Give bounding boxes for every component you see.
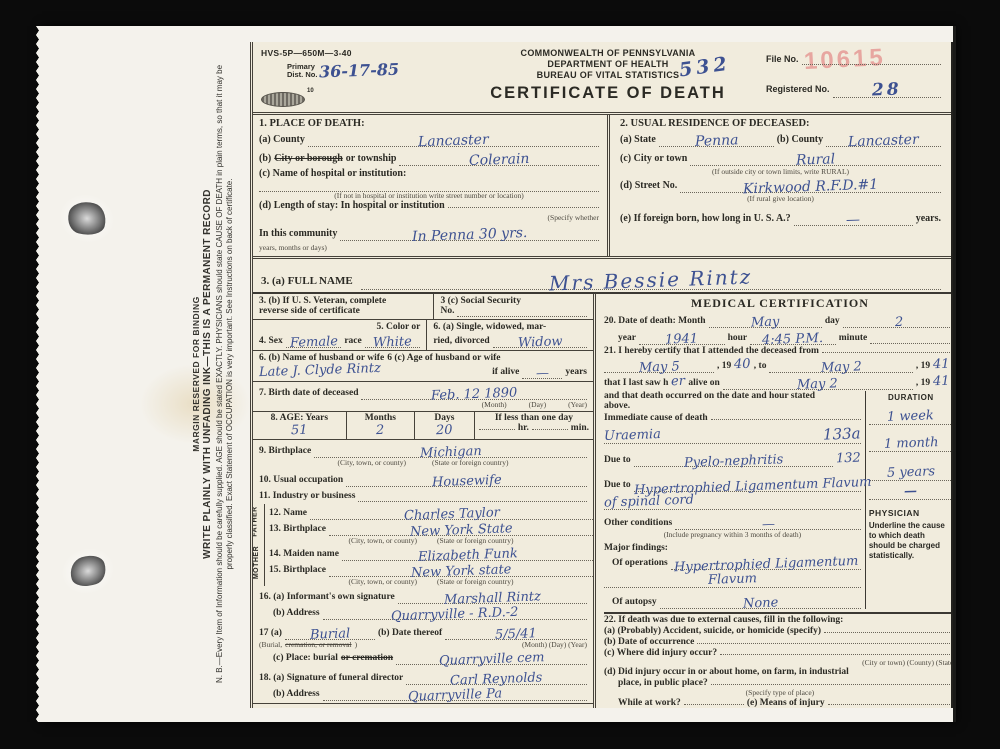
last-saw-year: 41: [933, 374, 950, 390]
while-at-work-label: While at work?: [618, 698, 681, 708]
personal-column: 3. (b) If U. S. Veteran, complete revers…: [253, 294, 596, 708]
race-value: White: [373, 334, 412, 350]
duration-2: 1 month: [883, 435, 938, 452]
county-label: (a) County: [259, 134, 305, 145]
community-value: In Penna 30 yrs.: [412, 225, 528, 245]
disposal-note-pre: (Burial,: [259, 640, 282, 649]
occupation-label: 10. Usual occupation: [259, 475, 343, 485]
ssn-label-1: 3 (c) Social Security: [440, 296, 520, 306]
county-value: Lancaster: [418, 132, 489, 150]
last-saw-value: May 2: [797, 376, 838, 392]
printed-19-a: , 19: [717, 361, 731, 371]
certificate-title: CERTIFICATE OF DEATH: [463, 84, 753, 103]
medical-column: ✓ MEDICAL CERTIFICATION 20. Date of deat…: [596, 294, 951, 708]
age-months-value: 2: [376, 423, 385, 438]
day-sub: (Day): [529, 400, 547, 409]
primary-dist-label: PrimaryDist. No.: [287, 63, 317, 80]
industry-row: 11. Industry or business: [253, 489, 593, 504]
husband-years-label: years: [565, 367, 587, 377]
due-to-2-value-line2: of spinal cord: [604, 492, 694, 510]
occupation-row: 10. Usual occupation Housewife: [253, 469, 593, 489]
above-line: above.: [604, 401, 861, 411]
veteran-label-1: 3. (b) If U. S. Veteran, complete: [259, 296, 386, 306]
city-label-pre: (b): [259, 153, 271, 164]
duration-column: DURATION 1 week 1 month 5 years — PHYSIC…: [865, 391, 951, 609]
printed-19-b: , 19: [916, 361, 930, 371]
informant-label: 16. (a) Informant's own signature: [259, 592, 395, 602]
other-conditions-label: Other conditions: [604, 518, 672, 528]
immediate-cause-label: Immediate cause of death: [604, 413, 708, 423]
funeral-address-label: (b) Address: [273, 689, 320, 699]
if-alive-label: if alive: [492, 367, 519, 377]
sex-race-marital-row: 5. Color or 4. Sex Female race White 6. …: [253, 320, 593, 351]
duration-1: 1 week: [887, 408, 934, 425]
last-saw-label: that I last saw h: [604, 378, 668, 388]
full-name-label: 3. (a) FULL NAME: [261, 275, 353, 287]
external-causes-section: 22. If death was due to external causes,…: [604, 612, 951, 708]
race-label: race: [344, 336, 361, 346]
cause-column: and that death occurred on the date and …: [604, 391, 865, 609]
section2-title: 2. USUAL RESIDENCE OF DECEASED:: [620, 118, 941, 129]
sections-1-2: 1. PLACE OF DEATH: (a) County Lancaster …: [253, 115, 951, 259]
attended-from-year: 40: [734, 357, 751, 373]
cause-code-133a: 133a: [823, 424, 861, 443]
handwritten-checkmark: ✓: [642, 294, 654, 297]
disposal-label: 17 (a): [259, 628, 282, 638]
informant-address-label: (b) Address: [273, 608, 320, 618]
age-months-label: Months: [365, 413, 396, 423]
external-a-label: (a) (Probably) Accident, suicide, or hom…: [604, 626, 821, 636]
funeral-address-value: Quarryville Pa: [407, 686, 502, 704]
father-sub1: (City, town, or county): [349, 536, 417, 545]
section1-title: 1. PLACE OF DEATH:: [259, 118, 599, 129]
her-ink: er: [671, 374, 685, 389]
physician-label: PHYSICIAN: [869, 508, 951, 518]
husband-row: 6. (b) Name of husband or wife 6 (c) Age…: [253, 351, 593, 382]
age-years-value: 51: [291, 423, 308, 439]
binding-margin-text: MARGIN RESERVED FOR BINDING WRITE PLAINL…: [191, 63, 243, 685]
street-no-label: (d) Street No.: [620, 180, 677, 191]
hospital-note: (If not in hospital or institution write…: [259, 191, 599, 200]
printed-19-c: , 19: [916, 378, 930, 388]
burial-place-struck: or cremation: [341, 653, 393, 663]
main-columns: 3. (b) If U. S. Veteran, complete revers…: [253, 294, 951, 708]
registrar-signature-value: Mrs B. Maud Quigley: [445, 707, 586, 708]
veteran-ss-row: 3. (b) If U. S. Veteran, complete revers…: [253, 294, 593, 320]
husband-age-value: —: [536, 366, 550, 381]
birth-date-label: 7. Birth date of deceased: [259, 388, 358, 398]
death-day-label: day: [825, 316, 840, 326]
disposal-note-post: ): [355, 640, 358, 649]
of-autopsy-label: Of autopsy: [612, 597, 657, 607]
form-number: HVS-5P—650M—3-40: [261, 48, 400, 58]
state-seal-icon: [261, 92, 305, 107]
mother-birthplace-label: 15. Birthplace: [269, 565, 326, 575]
birthplace-label: 9. Birthplace: [259, 446, 311, 456]
community-label: In this community: [259, 228, 337, 239]
duration-header: DURATION: [869, 393, 951, 402]
medical-certification-title: ✓ MEDICAL CERTIFICATION: [604, 296, 951, 311]
father-birthplace-label: 13. Birthplace: [269, 524, 326, 534]
cause-code-132: 132: [836, 451, 861, 467]
date-thereof-value: 5/5/41: [495, 626, 537, 642]
external-d-label-2: place, in public place?: [618, 678, 708, 688]
funeral-director-row: 18. (a) Signature of funeral director Ca…: [253, 667, 593, 704]
duration-dash: —: [904, 484, 918, 499]
death-hour-value: 4:45 P.M.: [762, 331, 824, 348]
state-label: (a) State: [620, 134, 656, 145]
year-sub: (Year): [568, 400, 587, 409]
external-c-label: (c) Where did injury occur?: [604, 648, 717, 658]
husband-value: Late J. Clyde Rintz: [259, 361, 381, 380]
form-number-block: HVS-5P—650M—3-40 PrimaryDist. No. 36-17-…: [261, 48, 400, 80]
marital-label-2: ried, divorced: [433, 336, 489, 346]
autopsy-value: None: [742, 595, 778, 611]
registered-no-value: 28: [872, 79, 902, 100]
burial-place-label: (c) Place: burial: [273, 653, 338, 663]
res-county-label: (b) County: [777, 134, 823, 145]
husband-age-label: 6 (c) Age of husband or wife: [387, 353, 500, 363]
less-than-day-label: If less than one day: [495, 413, 573, 423]
attended-to-year: 41: [933, 357, 950, 373]
immediate-cause-value: Uraemia: [604, 427, 661, 444]
full-name-value: Mrs Bessie Rintz: [549, 264, 753, 295]
father-side-label: FATHER: [253, 506, 259, 536]
birth-date-value: Feb. 12 1890: [431, 385, 518, 403]
punch-hole-bottom: [66, 551, 110, 591]
mother-side-label: MOTHER: [253, 546, 260, 579]
state-value: Penna: [694, 132, 738, 150]
death-minute-label: minute: [839, 333, 868, 343]
disposal-value: Burial: [310, 626, 351, 642]
external-d-label-1: (d) Did injury occur in or about home, o…: [604, 667, 951, 677]
birthplace-row: 9. Birthplace Michigan (City, town, or c…: [253, 440, 593, 469]
father-name-label: 12. Name: [269, 508, 307, 518]
age-days-value: 20: [436, 423, 453, 439]
marital-label-1: 6. (a) Single, widowed, mar-: [433, 322, 546, 332]
township-value: Colerain: [469, 151, 530, 169]
paper-sheet: MARGIN RESERVED FOR BINDING WRITE PLAINL…: [42, 26, 956, 722]
certify-line-1: 21. I hereby certify that I attended the…: [604, 346, 819, 356]
hospital-label: (c) Name of hospital or institution:: [259, 168, 406, 179]
alive-on-label: alive on: [688, 378, 719, 388]
of-operations-label: Of operations: [612, 558, 668, 568]
duration-3: 5 years: [887, 464, 936, 481]
external-b-label: (b) Date of occurrence: [604, 637, 694, 647]
death-year-label: year: [618, 333, 636, 343]
ssn-label-2: No.: [440, 306, 454, 316]
mother-name-label: 14. Maiden name: [269, 549, 339, 559]
city-label-post: or township: [346, 153, 397, 164]
years-suffix: years.: [916, 213, 941, 224]
external-c-subs: (City or town) (County) (State): [604, 658, 951, 667]
other-conditions-value: —: [761, 517, 775, 532]
marital-value: Widow: [517, 334, 562, 351]
hr-label: hr.: [518, 423, 529, 433]
to-label: , to: [754, 361, 767, 371]
disposal-row: 17 (a) Burial (b) Date thereof 5/5/41 (B…: [253, 622, 593, 667]
margin-note: N. B.—Every Item of Information should b…: [215, 63, 234, 685]
birth-date-row: 7. Birth date of deceased Feb. 12 1890 (…: [253, 382, 593, 412]
margin-line-2: WRITE PLAINLY WITH UNFADING INK—THIS IS …: [202, 63, 213, 685]
specify-note-2: years, months or days): [259, 243, 327, 252]
means-of-injury-label: (e) Means of injury: [747, 698, 825, 708]
section-place-of-death: 1. PLACE OF DEATH: (a) County Lancaster …: [253, 115, 610, 256]
physician-note-block: PHYSICIAN Underline the cause to which d…: [869, 508, 951, 561]
form-header: HVS-5P—650M—3-40 PrimaryDist. No. 36-17-…: [253, 42, 951, 115]
father-block: FATHER 12. Name Charles Taylor 13. Birth…: [253, 504, 593, 545]
death-hour-label: hour: [728, 333, 748, 343]
external-title: 22. If death was due to external causes,…: [604, 615, 951, 625]
specify-note-1: (Specify whether: [548, 213, 599, 222]
veteran-label-2: reverse side of certificate: [259, 306, 360, 316]
date-of-death-label: 20. Date of death: Month: [604, 316, 706, 326]
operations-value-line2: Flavum: [708, 571, 757, 588]
external-d-sub: (Specify type of place): [604, 688, 951, 697]
torn-paper-edge: [36, 26, 42, 722]
death-year-value: 1941: [665, 331, 699, 347]
age-days-label: Days: [434, 413, 454, 423]
age-row: 8. AGE: Years 51 Months 2 Days 20 If les…: [253, 412, 593, 440]
registered-no-label: Registered No.: [766, 84, 830, 94]
industry-label: 11. Industry or business: [259, 491, 355, 501]
death-day-value: 2: [895, 315, 904, 330]
birthplace-sub1: (City, town, or county): [338, 458, 406, 467]
due-to-2-label: Due to: [604, 480, 631, 490]
foreign-born-value: —: [846, 212, 861, 228]
file-no-label: File No.: [766, 54, 799, 64]
birthplace-value: Michigan: [420, 444, 482, 461]
mother-sub1: (City, town, or county): [349, 577, 417, 586]
cause-duration-grid: and that death occurred on the date and …: [604, 391, 951, 609]
sex-label: 4. Sex: [259, 336, 283, 346]
death-occurred-line: and that death occurred on the date and …: [604, 391, 861, 401]
section-usual-residence: 2. USUAL RESIDENCE OF DECEASED: (a) Stat…: [610, 115, 951, 256]
city-or-town-value: Rural: [796, 151, 836, 168]
due-to-1-label: Due to: [604, 455, 631, 465]
death-certificate-scan: MARGIN RESERVED FOR BINDING WRITE PLAINL…: [0, 0, 1000, 749]
res-county-value: Lancaster: [848, 132, 919, 150]
seal-number: 10: [307, 88, 314, 94]
city-label-struck: City or borough: [274, 153, 343, 164]
file-number-block: 10615 532 File No. Registered No. 28: [766, 54, 941, 110]
sex-value: Female: [289, 334, 337, 351]
informant-row: 16. (a) Informant's own signature Marsha…: [253, 586, 593, 622]
city-or-town-label: (c) City or town: [620, 153, 687, 164]
physician-note: Underline the cause to which death shoul…: [869, 521, 951, 561]
pregnancy-note: (Include pregnancy within 3 months of de…: [604, 530, 861, 539]
punch-hole-top: [65, 198, 110, 239]
registrar-row: 19 (a) May 3, 1941 (b) Mrs B. Maud Quigl…: [253, 704, 593, 708]
date-thereof-label: (b) Date thereof: [378, 628, 442, 638]
full-name-row: 3. (a) FULL NAME Mrs Bessie Rintz: [253, 259, 951, 294]
primary-dist-value: 36-17-85: [319, 61, 400, 81]
margin-line-1: MARGIN RESERVED FOR BINDING: [191, 63, 201, 685]
rural-note: (If outside city or town limits, write R…: [620, 167, 941, 176]
certificate-form: HVS-5P—650M—3-40 PrimaryDist. No. 36-17-…: [250, 42, 953, 708]
age-years-label: 8. AGE: Years: [271, 413, 328, 423]
foreign-born-label: (e) If foreign born, how long in U. S. A…: [620, 213, 791, 224]
mother-block: MOTHER 14. Maiden name Elizabeth Funk 15…: [253, 545, 593, 586]
occupation-value: Housewife: [432, 473, 502, 490]
color-or-label: 5. Color or: [376, 322, 420, 332]
funeral-director-label: 18. (a) Signature of funeral director: [259, 673, 403, 683]
major-findings-label: Major findings:: [604, 543, 861, 553]
length-of-stay-label: (d) Length of stay: In hospital or insti…: [259, 200, 445, 211]
min-label: min.: [571, 423, 589, 433]
due-to-1-value: Pyelo-nephritis: [683, 452, 783, 470]
